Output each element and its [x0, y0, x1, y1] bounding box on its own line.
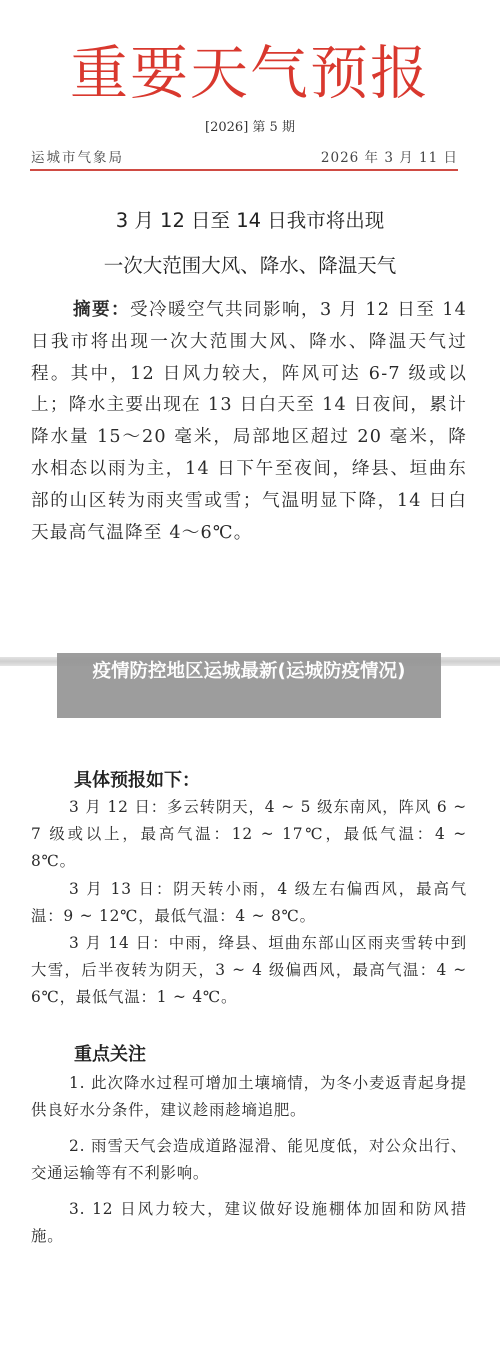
caption-text: 疫情防控地区运城最新(运城防疫情况): [67, 657, 431, 686]
forecast-heading: 具体预报如下：: [74, 766, 200, 792]
document-title: 重要天气预报: [0, 38, 500, 108]
caption-overlay: 疫情防控地区运城最新(运城防疫情况): [57, 653, 441, 718]
focus-heading: 重点关注: [74, 1040, 146, 1066]
forecast-day-12: 3 月 12 日：多云转阴天，4 ~ 5 级东南风，阵风 6 ~ 7 级或以上，…: [31, 794, 467, 876]
header-divider: [30, 169, 458, 171]
summary-paragraph: 摘要：受冷暖空气共同影响，3 月 12 日至 14 日我市将出现一次大范围大风、…: [31, 294, 467, 549]
headline-line-2: 一次大范围大风、降水、降温天气: [0, 250, 500, 278]
forecast-day-14: 3 月 14 日：中雨，绛县、垣曲东部山区雨夹雪转中到大雪，后半夜转为阴天，3 …: [31, 930, 467, 1012]
issue-number: [2026] 第 5 期: [0, 116, 500, 135]
focus-item-1: 1. 此次降水过程可增加土壤墒情，为冬小麦返青起身提供良好水分条件，建议趁雨趁墒…: [31, 1070, 467, 1124]
focus-item-2: 2. 雨雪天气会造成道路湿滑、能见度低，对公众出行、交通运输等有不利影响。: [31, 1133, 467, 1187]
headline-line-1: 3 月 12 日至 14 日我市将出现: [0, 205, 500, 233]
issue-date: 2026 年 3 月 11 日: [321, 146, 458, 166]
focus-item-3: 3. 12 日风力较大，建议做好设施棚体加固和防风措施。: [31, 1196, 467, 1250]
issuer: 运城市气象局: [31, 146, 124, 166]
summary-text: 受冷暖空气共同影响，3 月 12 日至 14 日我市将出现一次大范围大风、降水、…: [31, 300, 467, 543]
forecast-day-13: 3 月 13 日：阴天转小雨，4 级左右偏西风，最高气温：9 ~ 12℃，最低气…: [31, 876, 467, 930]
summary-label: 摘要：: [73, 299, 130, 320]
